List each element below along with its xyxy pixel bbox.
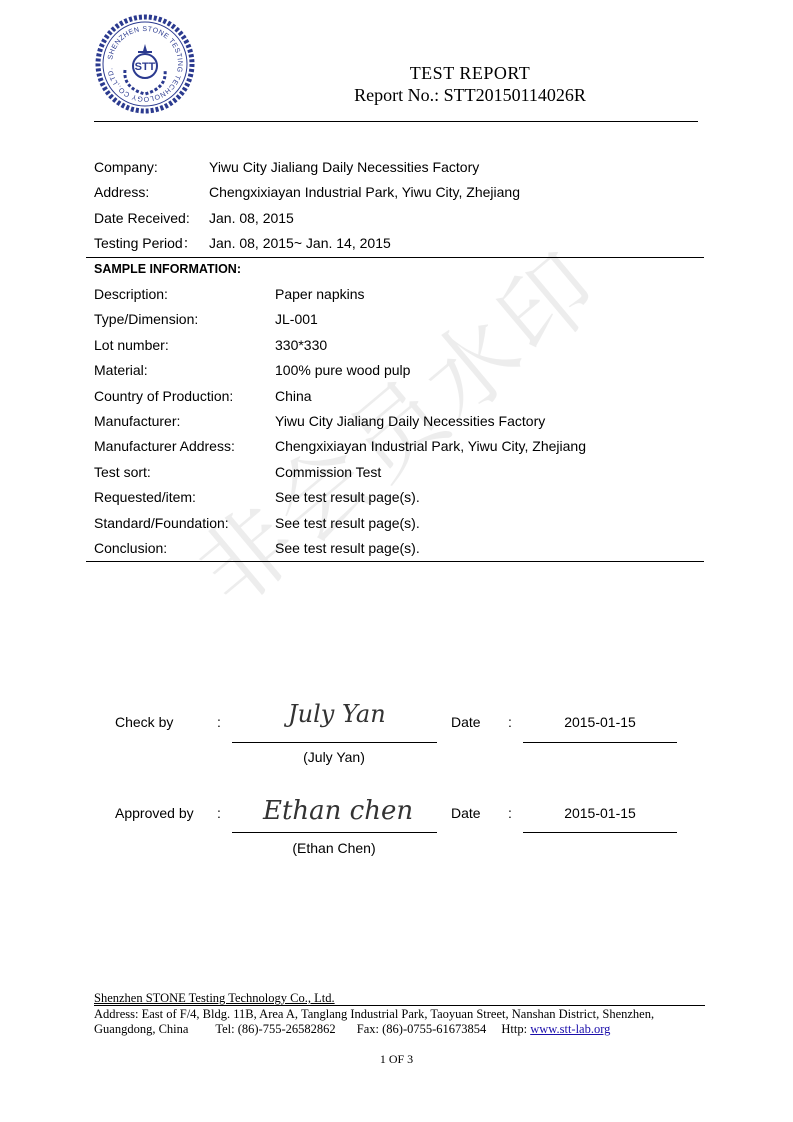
check-by-colon: : (217, 714, 221, 730)
sample-value: Yiwu City Jialiang Daily Necessities Fac… (275, 409, 545, 434)
sample-label: Lot number: (94, 333, 169, 358)
sample-label: Manufacturer Address: (94, 434, 235, 459)
approve-date-label: Date (451, 805, 481, 821)
approve-date-value: 2015-01-15 (523, 805, 677, 821)
check-date-line (523, 742, 677, 743)
sample-value: See test result page(s). (275, 536, 420, 561)
info-value: Chengxixiayan Industrial Park, Yiwu City… (209, 180, 520, 205)
check-by-label: Check by (115, 714, 173, 730)
footer: Shenzhen STONE Testing Technology Co., L… (94, 991, 654, 1038)
report-number-value: STT20150114026R (444, 85, 586, 105)
check-by-name: (July Yan) (232, 749, 436, 765)
section-divider-top (86, 257, 704, 258)
sample-label: Requested/item: (94, 485, 196, 510)
check-by-signature-line (232, 742, 437, 743)
check-date-colon: : (508, 714, 512, 730)
report-number: Report No.: STT20150114026R (330, 84, 610, 106)
report-number-label: Report No.: (354, 85, 439, 105)
info-label: Address: (94, 180, 149, 205)
info-value: Jan. 08, 2015~ Jan. 14, 2015 (209, 231, 391, 256)
info-label: Date Received: (94, 206, 190, 231)
sample-info-heading: SAMPLE INFORMATION: (94, 262, 241, 276)
sample-label: Country of Production: (94, 384, 233, 409)
info-label: Testing Period： (94, 231, 197, 256)
stt-seal-icon: SHENZHEN STONE TESTING TECHNOLOGY CO.,LT… (95, 14, 195, 114)
approved-by-signature-line (232, 832, 437, 833)
approve-date-colon: : (508, 805, 512, 821)
footer-website-link[interactable]: www.stt-lab.org (530, 1022, 610, 1036)
report-title: TEST REPORT (330, 62, 610, 84)
sample-label: Material: (94, 358, 148, 383)
sample-value: 100% pure wood pulp (275, 358, 410, 383)
approved-by-signature: Ethan chen (263, 796, 413, 826)
sample-label: Standard/Foundation: (94, 511, 229, 536)
section-divider-bottom (86, 561, 704, 562)
footer-contact-line: Guangdong, China Tel: (86)-755-26582862 … (94, 1022, 654, 1038)
approve-date-line (523, 832, 677, 833)
info-label: Company: (94, 155, 158, 180)
sample-label: Test sort: (94, 460, 151, 485)
sample-value: 330*330 (275, 333, 327, 358)
info-value: Jan. 08, 2015 (209, 206, 294, 231)
company-logo: SHENZHEN STONE TESTING TECHNOLOGY CO.,LT… (95, 14, 195, 114)
info-value: Yiwu City Jialiang Daily Necessities Fac… (209, 155, 479, 180)
sample-value: Chengxixiayan Industrial Park, Yiwu City… (275, 434, 586, 459)
footer-fax: Fax: (86)-0755-61673854 (357, 1022, 487, 1036)
approved-by-name: (Ethan Chen) (232, 840, 436, 856)
sample-label: Type/Dimension: (94, 307, 198, 332)
sample-label: Manufacturer: (94, 409, 180, 434)
check-by-signature: July Yan (288, 700, 386, 728)
approved-by-label: Approved by (115, 805, 194, 821)
header-divider (94, 121, 698, 122)
sample-value: See test result page(s). (275, 511, 420, 536)
sample-value: Commission Test (275, 460, 381, 485)
footer-address-line2: Guangdong, China (94, 1022, 188, 1036)
svg-text:STT: STT (135, 61, 156, 73)
check-date-value: 2015-01-15 (523, 714, 677, 730)
sample-value: China (275, 384, 312, 409)
footer-http-label: Http: (501, 1022, 527, 1036)
sample-value: Paper napkins (275, 282, 365, 307)
sample-value: JL-001 (275, 307, 318, 332)
page-number: 1 OF 3 (0, 1052, 793, 1067)
footer-company: Shenzhen STONE Testing Technology Co., L… (94, 991, 654, 1007)
footer-tel: Tel: (86)-755-26582862 (215, 1022, 335, 1036)
sample-value: See test result page(s). (275, 485, 420, 510)
check-date-label: Date (451, 714, 481, 730)
sample-label: Conclusion: (94, 536, 167, 561)
approved-by-colon: : (217, 805, 221, 821)
report-header: TEST REPORT Report No.: STT20150114026R (330, 62, 610, 106)
sample-label: Description: (94, 282, 168, 307)
footer-address-line1: Address: East of F/4, Bldg. 11B, Area A,… (94, 1007, 654, 1023)
